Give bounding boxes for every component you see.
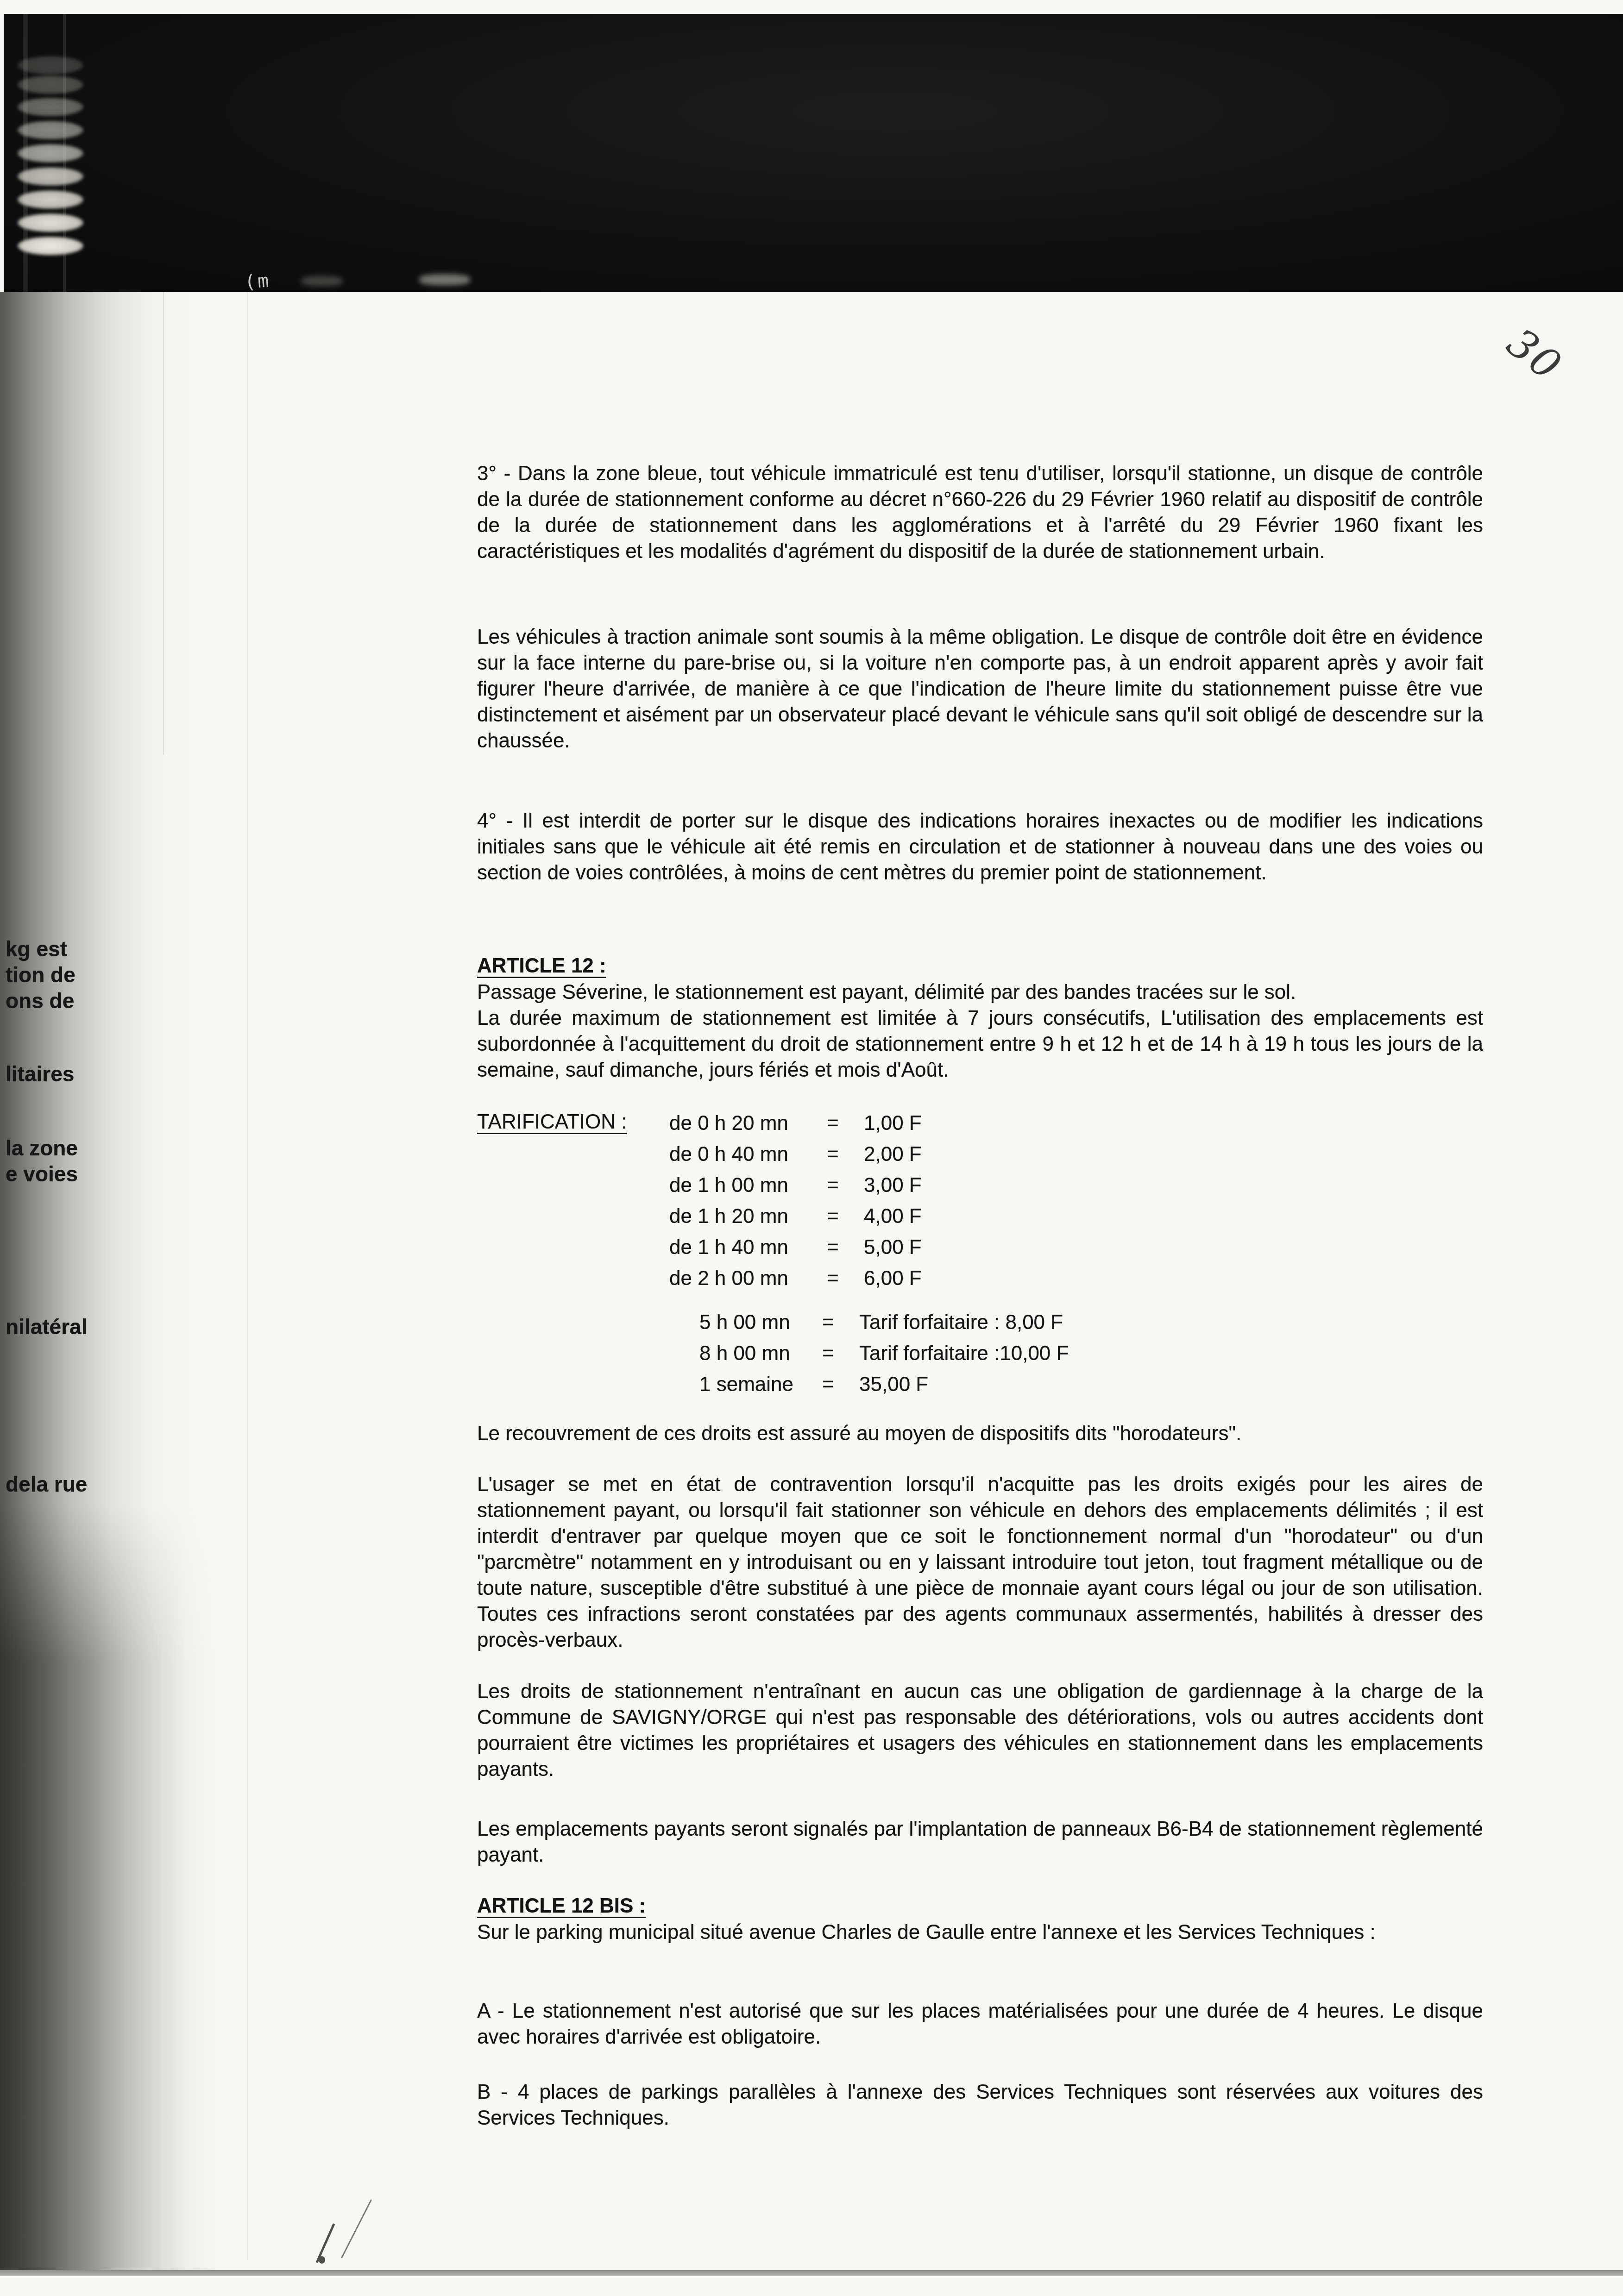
binder-hole-mark (18, 237, 83, 255)
article-12bis-heading: ARTICLE 12 BIS : (477, 1893, 1483, 1919)
binder-hole-mark (18, 98, 83, 116)
tarification-forfait-table: 5 h 00 mn=Tarif forfaitaire : 8,00 F 8 h… (699, 1307, 1348, 1400)
forfait-equals: = (822, 1307, 859, 1338)
binder-hole-mark (18, 167, 83, 186)
page-curl-shadow-bottom (0, 1505, 218, 2273)
forfait-equals: = (822, 1338, 859, 1369)
tarif-time: de 1 h 00 mn (669, 1170, 827, 1201)
forfait-price: Tarif forfaitaire : 8,00 F (859, 1307, 1348, 1338)
scan-black-band (4, 14, 1623, 292)
scan-edge-line (0, 2270, 1623, 2276)
margin-bleed-fragment: tion de (6, 962, 75, 987)
tarif-time: de 2 h 00 mn (669, 1263, 827, 1294)
article-12bis-item-b: B - 4 places de parkings parallèles à l'… (477, 2079, 1483, 2131)
margin-bleed-fragment: dela rue (6, 1472, 87, 1497)
tarif-time: de 1 h 40 mn (669, 1232, 827, 1263)
handwritten-page-number: 30 (1498, 319, 1572, 390)
article-12-line-1: Passage Séverine, le stationnement est p… (477, 979, 1483, 1005)
paragraph-traction-animale: Les véhicules à traction animale sont so… (477, 624, 1483, 754)
article-12-paragraph: La durée maximum de stationnement est li… (477, 1005, 1483, 1083)
margin-bleed-fragment: kg est (6, 936, 67, 961)
binder-hole-mark (18, 56, 83, 75)
binder-hole-mark (18, 121, 83, 139)
paragraph-droits-gardiennage: Les droits de stationnement n'entraînant… (477, 1679, 1483, 1782)
forfait-time: 1 semaine (699, 1369, 822, 1400)
tarif-equals: = (827, 1201, 864, 1232)
scan-artifact-mark: (m (244, 270, 271, 293)
forfait-equals: = (822, 1369, 859, 1400)
tarif-time: de 0 h 20 mn (669, 1108, 827, 1139)
forfait-time: 5 h 00 mn (699, 1307, 822, 1338)
binder-hole-mark (18, 75, 83, 94)
tarif-time: de 1 h 20 mn (669, 1201, 827, 1232)
tarif-price: 1,00 F (864, 1108, 1225, 1139)
tarif-equals: = (827, 1108, 864, 1139)
article-12bis-item-a: A - Le stationnement n'est autorisé que … (477, 1998, 1483, 2050)
fold-line (247, 292, 248, 2260)
scan-smudge (301, 276, 343, 286)
tarification-label: TARIFICATION : (477, 1109, 672, 1135)
forfait-price: Tarif forfaitaire :10,00 F (859, 1338, 1348, 1369)
tarif-equals: = (827, 1263, 864, 1294)
paragraph-recouvrement: Le recouvrement de ces droits est assuré… (477, 1421, 1483, 1447)
paragraph-3-zone-bleue: 3° - Dans la zone bleue, tout véhicule i… (477, 461, 1483, 565)
tarif-price: 6,00 F (864, 1263, 1225, 1294)
margin-bleed-fragment: nilatéral (6, 1314, 87, 1339)
margin-bleed-fragment: e voies (6, 1161, 78, 1186)
margin-bleed-fragment: la zone (6, 1135, 78, 1161)
fold-line (163, 292, 164, 755)
paragraph-usager-contravention: L'usager se met en état de contravention… (477, 1472, 1483, 1653)
tarif-price: 3,00 F (864, 1170, 1225, 1201)
tarif-equals: = (827, 1232, 864, 1263)
pen-mark (316, 2223, 335, 2263)
tarif-price: 4,00 F (864, 1201, 1225, 1232)
margin-bleed-fragment: ons de (6, 988, 74, 1013)
paragraph-4-interdictions: 4° - Il est interdit de porter sur le di… (477, 808, 1483, 886)
margin-bleed-fragment: litaires (6, 1061, 74, 1086)
tarif-time: de 0 h 40 mn (669, 1139, 827, 1170)
pen-mark (341, 2199, 372, 2258)
forfait-time: 8 h 00 mn (699, 1338, 822, 1369)
article-12-heading: ARTICLE 12 : (477, 953, 1483, 979)
tarif-price: 5,00 F (864, 1232, 1225, 1263)
scan-smudge (419, 274, 470, 285)
tarif-equals: = (827, 1139, 864, 1170)
article-12bis-intro: Sur le parking municipal situé avenue Ch… (477, 1920, 1483, 1945)
binder-hole-mark (18, 213, 83, 232)
forfait-price: 35,00 F (859, 1369, 1348, 1400)
tarif-equals: = (827, 1170, 864, 1201)
scanned-document-page: (m 30 kg est tion de ons de litaires la … (0, 0, 1623, 2296)
binder-hole-mark (18, 190, 83, 209)
tarification-table: de 0 h 20 mn=1,00 F de 0 h 40 mn=2,00 F … (669, 1108, 1225, 1294)
tarif-price: 2,00 F (864, 1139, 1225, 1170)
pen-mark-blob (319, 2256, 325, 2264)
binder-hole-mark (18, 144, 83, 163)
paragraph-emplacements-panneaux: Les emplacements payants seront signalés… (477, 1816, 1483, 1868)
